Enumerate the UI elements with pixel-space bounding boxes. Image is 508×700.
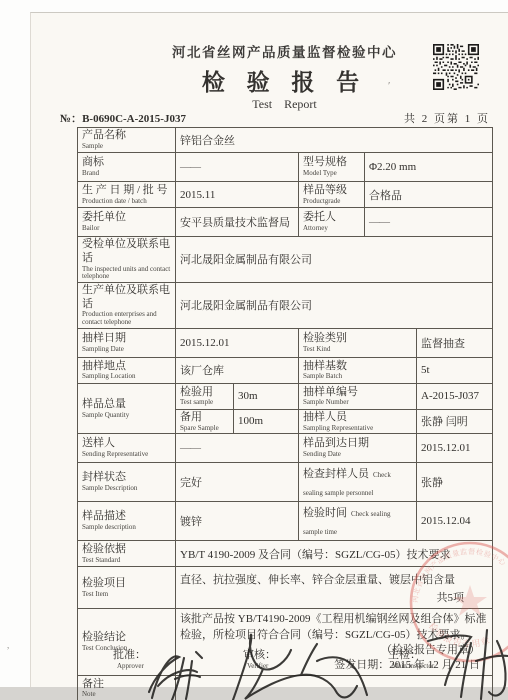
approver-block: 批准： Approver [113,649,146,670]
test-item-list: 直径、抗拉强度、伸长率、锌合金层重量、镀层中铝含量 [180,574,455,586]
check-sealing-personnel-value: 张静 [417,463,493,502]
sample-batch-label: 抽样基数Sample Batch [299,357,417,383]
table-row: 受检单位及联系电话The inspected units and contact… [78,237,493,283]
product-name-label: 产品名称Sample [78,128,176,153]
sending-representative-value: —— [176,434,299,463]
sending-date-label: 样品到达日期Sending Date [299,434,417,463]
sampling-representative-value: 张静 闫明 [417,409,493,433]
note-value [176,675,493,700]
table-row: 商标Brand —— 型号规格Model Type Φ2.20 mm [78,153,493,182]
sampling-representative-label: 抽样人员Sampling Representative [299,409,417,433]
scan-artifact: , [7,640,9,650]
sampling-location-label: 抽样地点Sampling Location [78,357,176,383]
production-date-label: 生 产 日 期 / 批 号Production date / batch [78,182,176,208]
table-row: 生产单位及联系电话Production enterprises and cont… [78,282,493,328]
report-table: 产品名称Sample 锌铝合金丝 商标Brand —— 型号规格Model Ty… [77,127,493,700]
test-kind-value: 监督抽查 [417,328,493,357]
model-type-value: Φ2.20 mm [365,153,493,182]
sample-description-value: 镀锌 [176,502,299,541]
product-grade-label: 样品等级Productgrade [299,182,365,208]
brand-value: —— [176,153,299,182]
test-conclusion-value: 该批产品按 YB/T4190-2009《工程用机编钢丝网及组合体》标准检验，所检… [176,609,493,676]
attorney-value: —— [365,208,493,237]
check-sealing-personnel-label: 检查封样人员 Check sealing sample personnel [299,463,417,502]
table-row: 样品总量Sample Quantity 检验用Test sample 30m 抽… [78,383,493,409]
test-sample-value: 30m [234,383,299,409]
sampling-date-label: 抽样日期Sampling Date [78,328,176,357]
table-row: 产品名称Sample 锌铝合金丝 [78,128,493,153]
conclusion-issue-date: 签发日期：2015 年 12 月 21 日 [180,658,488,673]
test-kind-label: 检验类别Test Kind [299,328,417,357]
check-sealing-time-value: 2015.12.04 [417,502,493,541]
test-sample-label: 检验用Test sample [176,383,234,409]
spare-sample-label: 备用Spare Sample [176,409,234,433]
check-sealing-time-label: 检验时间 Check sealing sample time [299,502,417,541]
production-enterprise-value: 河北晟阳金属制品有限公司 [176,282,493,328]
verifier-label-en: Verifier [243,663,276,671]
sample-batch-value: 5t [417,357,493,383]
sending-date-value: 2015.12.01 [417,434,493,463]
verifier-block: 审核： Verifier [243,649,276,670]
report-title: 检 验 报 告 [77,64,492,97]
main-inspector-block: 主检： Main inspector [388,649,434,670]
model-type-label: 型号规格Model Type [299,153,365,182]
sealing-status-value: 完好 [176,463,299,502]
approver-label-en: Approver [113,663,146,671]
test-standard-value: YB/T 4190-2009 及合同（编号：SGZL/CG-05）技术要求 [176,541,493,567]
table-row: 生 产 日 期 / 批 号Production date / batch 201… [78,182,493,208]
sample-number-value: A-2015-J037 [417,383,493,409]
production-enterprise-label: 生产单位及联系电话Production enterprises and cont… [78,282,176,328]
inspected-unit-value: 河北晟阳金属制品有限公司 [176,237,493,283]
note-label: 备注Note [78,675,176,700]
main-inspector-label-en: Main inspector [388,663,434,671]
sampling-date-value: 2015.12.01 [176,328,299,357]
sample-number-label: 抽样单编号Sample Number [299,383,417,409]
qr-code-icon [433,44,479,90]
attorney-label: 委托人Attorney [299,208,365,237]
table-row: 抽样日期Sampling Date 2015.12.01 检验类别Test Ki… [78,328,493,357]
table-row: 检验依据Test Standard YB/T 4190-2009 及合同（编号：… [78,541,493,567]
sampling-location-value: 该厂仓库 [176,357,299,383]
bailor-value: 安平县质量技术监督局 [176,208,299,237]
spare-sample-value: 100m [234,409,299,433]
report-number: №：B-0690C-A-2015-J037 [60,110,186,126]
sending-representative-label: 送样人Sending Representative [78,434,176,463]
scan-artifact: ʹ [388,80,390,92]
product-name-value: 锌铝合金丝 [176,128,493,153]
test-standard-label: 检验依据Test Standard [78,541,176,567]
test-item-value: 直径、抗拉强度、伸长率、锌合金层重量、镀层中铝含量 共5项 [176,567,493,609]
sealing-status-label: 封样状态Sample Description [78,463,176,502]
sample-quantity-label: 样品总量Sample Quantity [78,383,176,433]
report-number-line: №：B-0690C-A-2015-J037 共 2 页第 1 页 [60,110,490,126]
table-row: 样品描述Sample description 镀锌 检验时间 Check sea… [78,502,493,541]
table-row: 封样状态Sample Description 完好 检查封样人员 Check s… [78,463,493,502]
table-row: 抽样地点Sampling Location 该厂仓库 抽样基数Sample Ba… [78,357,493,383]
main-inspector-label: 主检： [388,649,434,663]
conclusion-text: 该批产品按 YB/T4190-2009《工程用机编钢丝网及组合体》标准检验，所检… [180,612,488,643]
test-item-count: 共5项 [437,589,465,605]
bailor-label: 委托单位Bailor [78,208,176,237]
page-counter: 共 2 页第 1 页 [404,110,490,126]
table-row: 送样人Sending Representative —— 样品到达日期Sendi… [78,434,493,463]
brand-label: 商标Brand [78,153,176,182]
table-row: 委托单位Bailor 安平县质量技术监督局 委托人Attorney —— [78,208,493,237]
test-item-label: 检验项目Test Item [78,567,176,609]
approver-label: 批准： [113,649,146,663]
verifier-label: 审核： [243,649,276,663]
table-row: 备注Note [78,675,493,700]
sample-description-label: 样品描述Sample description [78,502,176,541]
table-row: 检验项目Test Item 直径、抗拉强度、伸长率、锌合金层重量、镀层中铝含量 … [78,567,493,609]
inspected-unit-label: 受检单位及联系电话The inspected units and contact… [78,237,176,283]
org-name: 河北省丝网产品质量监督检验中心 [77,41,492,61]
conclusion-seal-note: （检验报告专用章） [180,643,488,658]
production-date-value: 2015.11 [176,182,299,208]
product-grade-value: 合格品 [365,182,493,208]
